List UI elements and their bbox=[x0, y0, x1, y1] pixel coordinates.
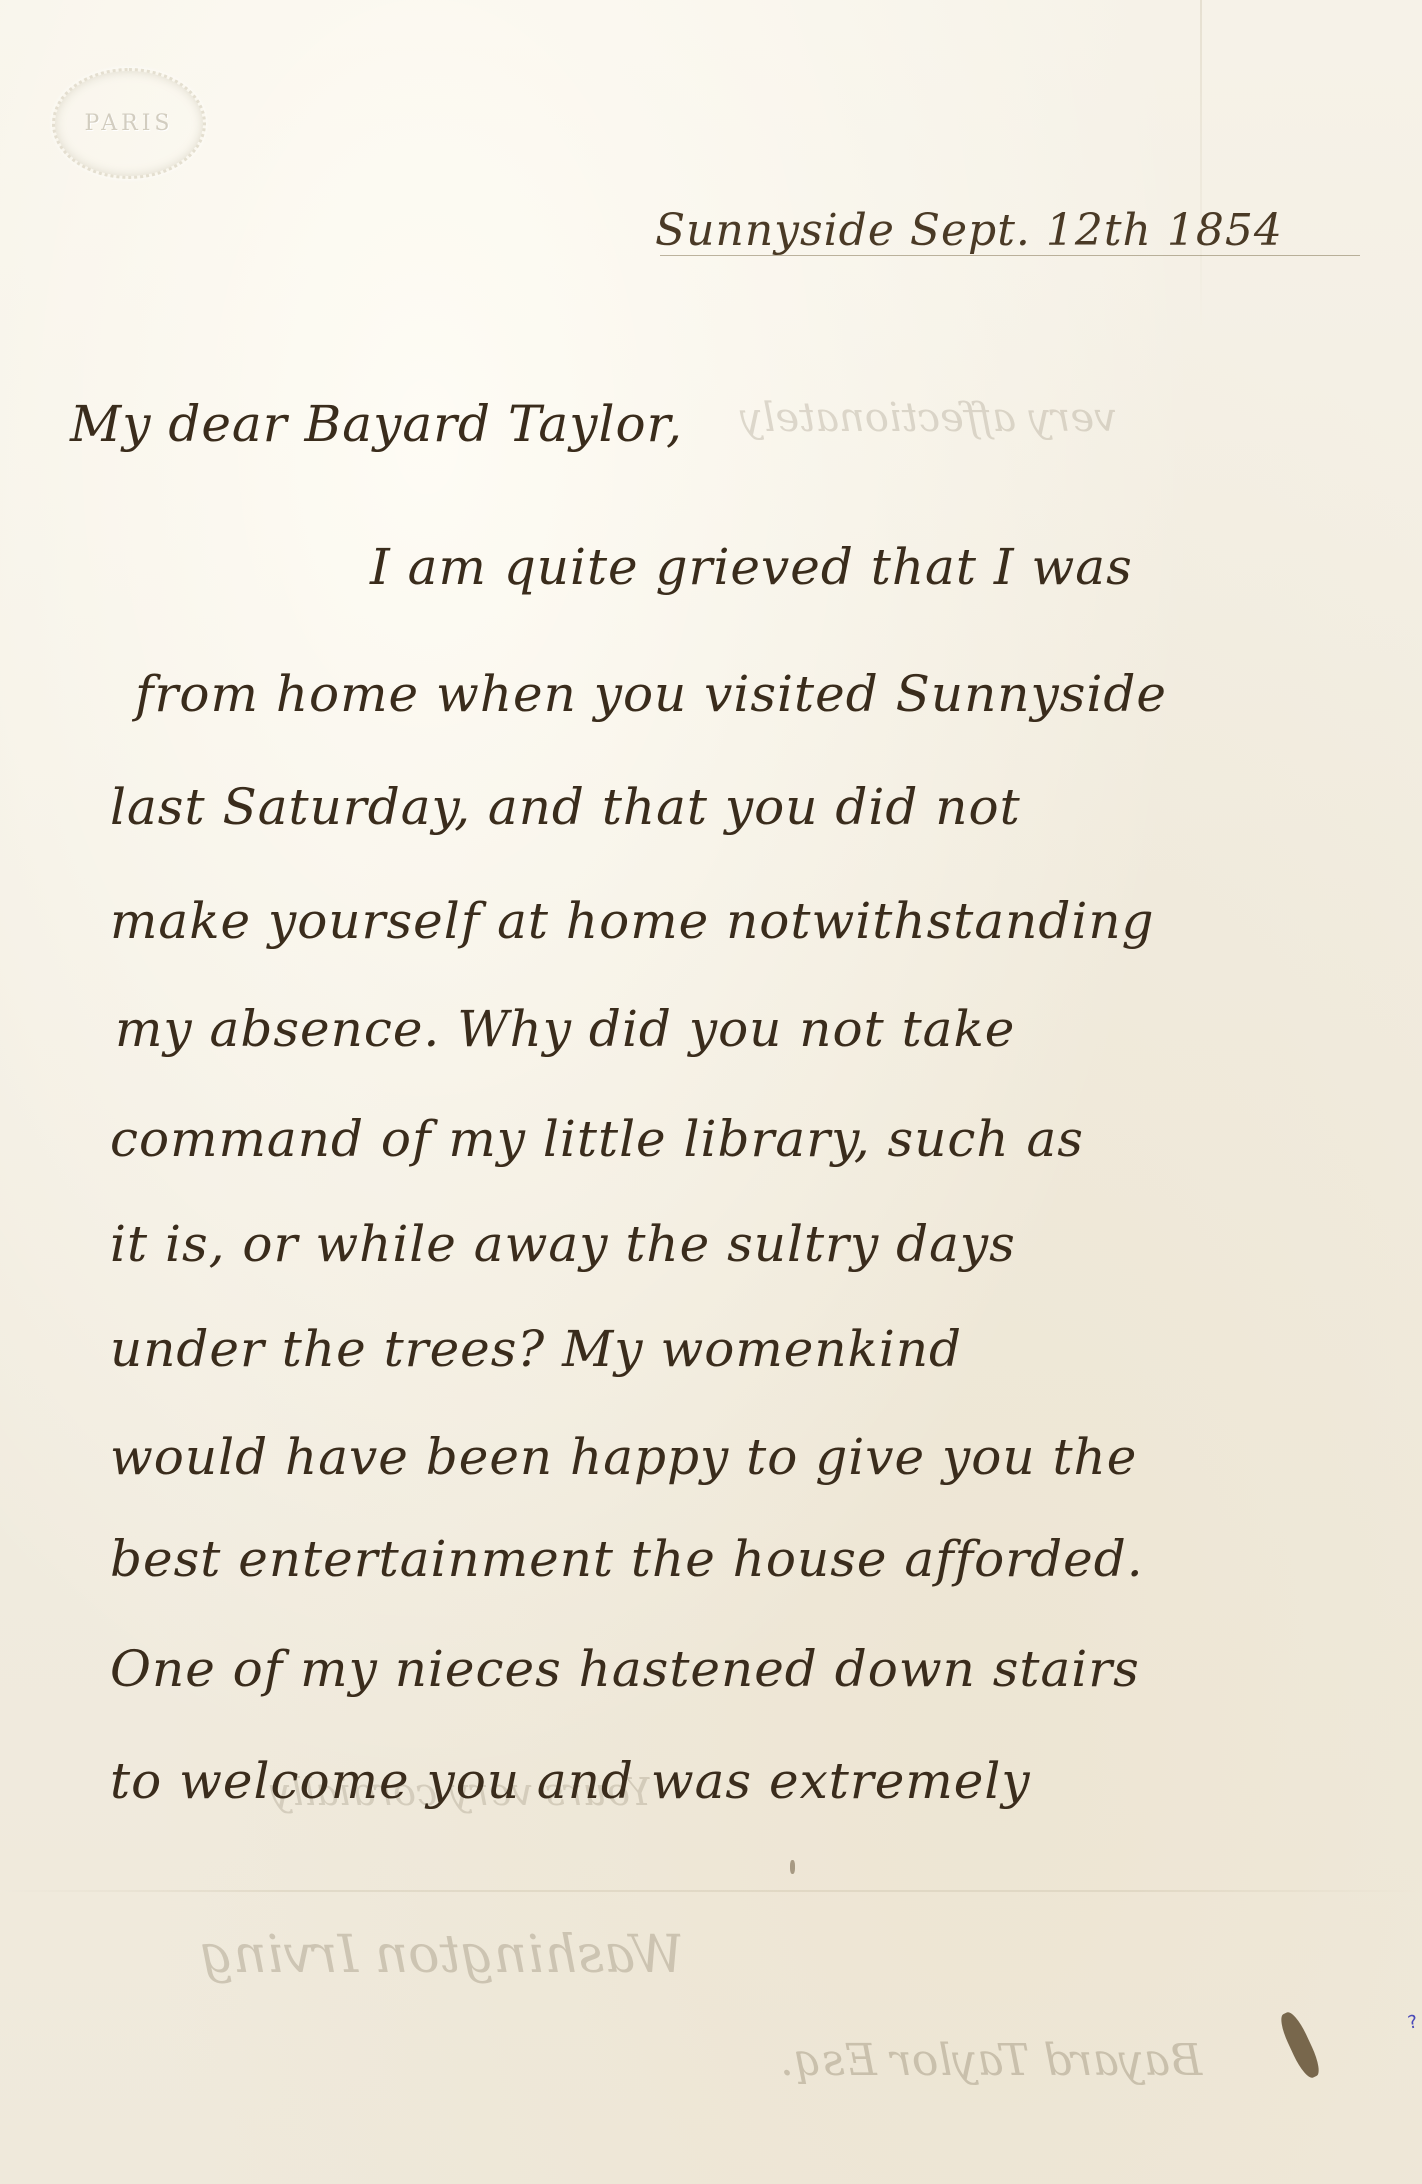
body-line: One of my nieces hastened down stairs bbox=[110, 1640, 1140, 1698]
body-line: make yourself at home notwithstanding bbox=[110, 892, 1155, 950]
body-line: best entertainment the house afforded. bbox=[110, 1530, 1144, 1588]
body-line: from home when you visited Sunnyside bbox=[135, 665, 1167, 723]
body-line: I am quite grieved that I was bbox=[370, 538, 1133, 596]
dateline: Sunnyside Sept. 12th 1854 bbox=[655, 205, 1283, 256]
letter-paper bbox=[0, 0, 1422, 2184]
bleed-through-signature: Washington Irving bbox=[200, 1925, 684, 1985]
body-line: it is, or while away the sultry days bbox=[110, 1215, 1016, 1273]
embossed-stamp: PARIS bbox=[52, 68, 206, 179]
body-line: to welcome you and was extremely bbox=[110, 1752, 1031, 1810]
salutation: My dear Bayard Taylor, bbox=[70, 395, 683, 453]
body-line: command of my little library, such as bbox=[110, 1110, 1084, 1168]
bleed-through-upper: very affectionately bbox=[740, 395, 1117, 441]
paper-fold-vertical bbox=[1200, 0, 1202, 330]
body-line: under the trees? My womenkind bbox=[110, 1320, 962, 1378]
bleed-through-addressee: Bayard Taylor Esq. bbox=[780, 2035, 1202, 2086]
body-line: last Saturday, and that you did not bbox=[110, 778, 1021, 836]
body-line: my absence. Why did you not take bbox=[115, 1000, 1015, 1058]
embossed-stamp-text: PARIS bbox=[85, 111, 174, 136]
paper-fold-horizontal bbox=[0, 1890, 1422, 1892]
body-line: would have been happy to give you the bbox=[110, 1428, 1137, 1486]
ink-dot bbox=[790, 1860, 795, 1874]
